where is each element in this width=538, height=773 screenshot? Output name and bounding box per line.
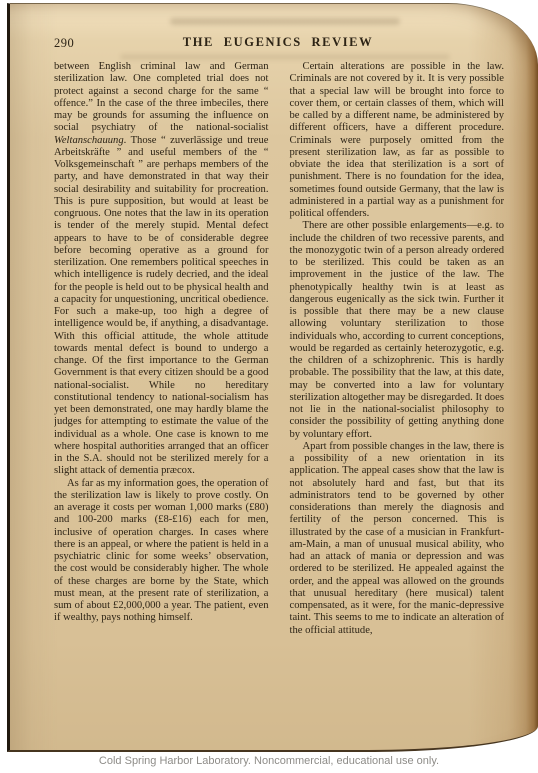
paragraph-continued: between English criminal law and German …: [54, 61, 269, 478]
right-column: Certain alterations are possible in the …: [290, 61, 505, 728]
paragraph: As far as my information goes, the opera…: [54, 478, 269, 625]
paragraph-text: between English criminal law and German …: [54, 61, 269, 133]
paragraph: Certain alterations are possible in the …: [290, 61, 505, 220]
text-columns: between English criminal law and German …: [54, 61, 504, 728]
attribution-footer: Cold Spring Harbor Laboratory. Noncommer…: [0, 755, 538, 770]
book-page: 290 THE EUGENICS REVIEW between English …: [7, 3, 538, 752]
page-header: 290 THE EUGENICS REVIEW: [54, 35, 502, 51]
paragraph-text: . Those “ zuverlässige und treue Arbeits…: [54, 135, 269, 477]
italic-foreign-term: Weltanschauung: [54, 135, 124, 146]
scanned-page-viewport: 290 THE EUGENICS REVIEW between English …: [0, 0, 538, 773]
paragraph: There are other possible enlargements—e.…: [290, 220, 505, 441]
journal-title: THE EUGENICS REVIEW: [54, 35, 502, 50]
show-through-smudge: [170, 18, 400, 25]
page-number: 290: [54, 36, 74, 51]
show-through-smudge: [120, 54, 450, 60]
left-column: between English criminal law and German …: [54, 61, 269, 728]
paragraph: Apart from possible changes in the law, …: [290, 441, 505, 637]
